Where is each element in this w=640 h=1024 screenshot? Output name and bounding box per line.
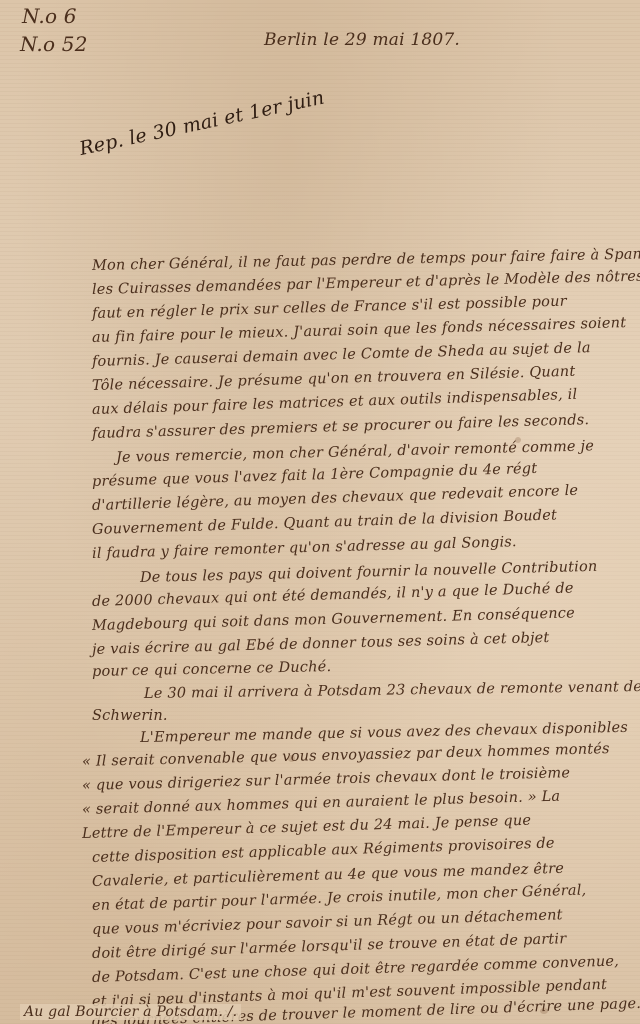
body-line: pour ce qui concerne ce Duché. — [92, 659, 332, 680]
dateline: Berlin le 29 mai 1807. — [264, 30, 460, 50]
reference-number-2: N.o 52 — [20, 32, 88, 56]
body-line: Schwerin. — [92, 708, 168, 724]
body-line: Magdebourg qui soit dans mon Gouvernemen… — [92, 605, 575, 634]
reference-number-1: N.o 6 — [22, 4, 77, 28]
ink-stain — [540, 1008, 548, 1014]
ink-stain — [515, 437, 521, 443]
addressee-line: Au gal Bourcier à Potsdam. /. — [20, 1004, 241, 1020]
body-line: Gouvernement de Fulde. Quant au train de… — [92, 507, 558, 538]
body-line: Le 30 mai il arrivera à Potsdam 23 cheva… — [144, 679, 640, 702]
received-note: Rep. le 30 mai et 1er juin — [77, 87, 326, 160]
body-line: cette disposition est applicable aux Rég… — [92, 835, 555, 866]
ink-stain — [288, 755, 295, 762]
letter-page: N.o 6 N.o 52 Berlin le 29 mai 1807. Rep.… — [0, 0, 640, 1024]
body-line: je vais écrire au gal Ebé de donner tous… — [92, 630, 550, 658]
body-line: il faudra y faire remonter qu'on s'adres… — [92, 534, 517, 562]
